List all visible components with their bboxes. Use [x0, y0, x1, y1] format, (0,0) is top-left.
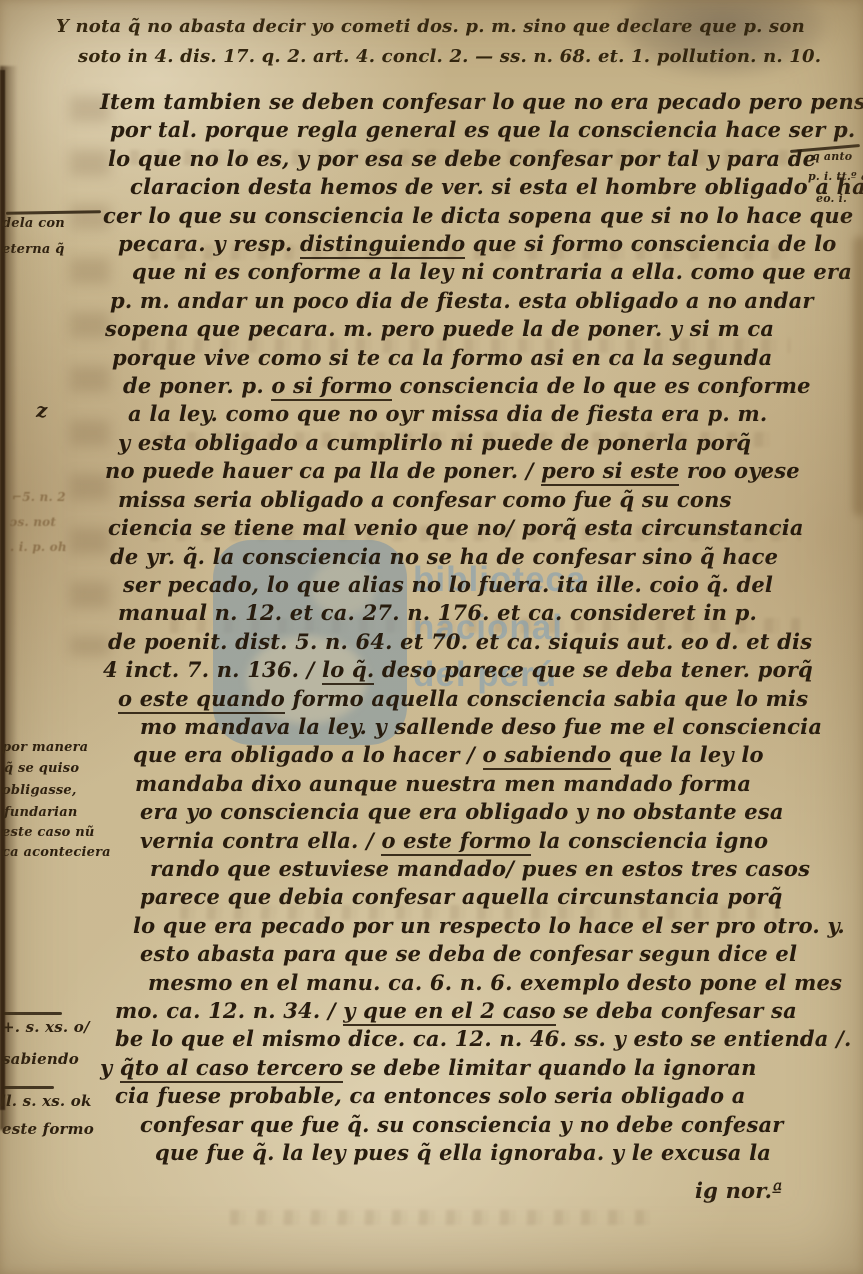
- top-annotation-line: Y nota q̃ no abasta decir yo cometi dos.…: [56, 12, 821, 42]
- text-segment: porque vive como si te ca la formo asi e…: [112, 345, 772, 370]
- manuscript-line: Item tambien se deben confesar lo que no…: [100, 88, 860, 116]
- text-segment: no puede hauer ca pa lla de poner. /: [105, 458, 541, 483]
- text-segment: ser pecado, lo que alias no lo fuera. it…: [123, 572, 773, 597]
- margin-note: este caso nũ: [2, 825, 95, 840]
- text-segment: o sabiendo: [483, 742, 612, 770]
- text-segment: de poner. p.: [123, 373, 271, 398]
- manuscript-line: 4 inct. 7. n. 136. / lo q̃. deso parece …: [100, 656, 860, 684]
- text-segment: lo que no lo es, y por esa se debe confe…: [108, 146, 816, 171]
- manuscript-line: que era obligado a lo hacer / o sabiendo…: [100, 741, 860, 769]
- margin-note: obligasse,: [2, 783, 77, 798]
- text-segment: la consciencia igno: [531, 828, 768, 853]
- manuscript-page: biblioteca nacional del perú Y nota q̃ n…: [0, 0, 863, 1274]
- manuscript-line: lo que era pecado por un respecto lo hac…: [100, 912, 860, 940]
- text-segment: cia fuese probable, ca entonces solo ser…: [115, 1083, 746, 1108]
- margin-note: ca aconteciera: [2, 845, 111, 860]
- margin-note: p. i. tt.º q: [808, 170, 863, 183]
- manuscript-line: por tal. porque regla general es que la …: [100, 116, 860, 144]
- manuscript-line: claracion desta hemos de ver. si esta el…: [100, 173, 860, 201]
- text-segment: esto abasta para que se deba de confesar…: [140, 941, 797, 966]
- margin-note: q anto: [812, 150, 852, 163]
- manuscript-line: mandaba dixo aunque nuestra men mandado …: [100, 770, 860, 798]
- manuscript-line: porque vive como si te ca la formo asi e…: [100, 344, 860, 372]
- manuscript-line: que ni es conforme a la ley ni contraria…: [100, 258, 860, 286]
- text-segment: parece que debia confesar aquella circun…: [140, 884, 783, 909]
- text-segment: de yr. q̃. la consciencia no se ha de co…: [110, 544, 778, 569]
- text-segment: formo aquella consciencia sabia que lo m…: [285, 686, 808, 711]
- text-segment: roo oyese: [679, 458, 799, 483]
- ink-rule: [4, 1086, 54, 1089]
- text-segment: por tal. porque regla general es que la …: [110, 117, 855, 142]
- text-segment: o este quando: [118, 686, 285, 714]
- manuscript-line: de poenit. dist. 5. n. 64. et 70. et ca.…: [100, 628, 860, 656]
- margin-note: eterna q̃: [2, 242, 65, 257]
- text-segment: missa seria obligado a confesar como fue…: [118, 487, 732, 512]
- margin-note: . i. p. oh: [10, 540, 67, 554]
- text-segment: mandaba dixo aunque nuestra men mandado …: [135, 771, 751, 796]
- showthrough-band: [230, 1210, 650, 1225]
- text-segment: distinguiendo: [300, 231, 465, 259]
- text-segment: p. m. andar un poco dia de fiesta. esta …: [110, 288, 814, 313]
- margin-note: ll. s. xs. ok: [0, 1092, 92, 1110]
- text-segment: pero si este: [541, 458, 679, 486]
- manuscript-line: y esta obligado a cumplirlo ni puede de …: [100, 429, 860, 457]
- manuscript-line: missa seria obligado a confesar como fue…: [100, 486, 860, 514]
- margin-note: fundarian: [4, 805, 77, 820]
- text-segment: se debe limitar quando la ignoran: [343, 1055, 756, 1080]
- manuscript-line: p. m. andar un poco dia de fiesta. esta …: [100, 287, 860, 315]
- top-annotation: Y nota q̃ no abasta decir yo cometi dos.…: [56, 12, 821, 72]
- text-segment: rando que estuviese mandado/ pues en est…: [150, 856, 810, 881]
- margin-note: z: [36, 398, 48, 422]
- text-segment: deso parece que se deba tener. porq̃: [374, 657, 813, 682]
- text-segment: lo q̃.: [322, 657, 374, 685]
- margin-note: q̃ se quiso: [4, 761, 79, 776]
- text-segment: y esta obligado a cumplirlo ni puede de …: [118, 430, 751, 455]
- manuscript-line: mesmo en el manu. ca. 6. n. 6. exemplo d…: [100, 969, 860, 997]
- margin-note: este formo: [2, 1120, 94, 1138]
- manuscript-line: sopena que pecara. m. pero puede la de p…: [100, 315, 860, 343]
- text-segment: q̃to al caso tercero: [120, 1055, 343, 1083]
- manuscript-line: confesar que fue q̃. su consciencia y no…: [100, 1111, 860, 1139]
- top-annotation-line: soto in 4. dis. 17. q. 2. art. 4. concl.…: [56, 42, 821, 72]
- manuscript-line: a la ley. como que no oyr missa dia de f…: [100, 400, 860, 428]
- manuscript-line: esto abasta para que se deba de confesar…: [100, 940, 860, 968]
- text-segment: consciencia de lo que es conforme: [392, 373, 811, 398]
- text-segment: y: [100, 1055, 120, 1080]
- text-segment: que la ley lo: [611, 742, 763, 767]
- manuscript-line: que fue q̃. la ley pues q̃ ella ignoraba…: [100, 1139, 860, 1167]
- text-segment: confesar que fue q̃. su consciencia y no…: [140, 1112, 784, 1137]
- manuscript-line: mo. ca. 12. n. 34. / y que en el 2 caso …: [100, 997, 860, 1025]
- text-segment: be lo que el mismo dice. ca. 12. n. 46. …: [115, 1026, 852, 1051]
- margin-note: ig nor.ª: [695, 1178, 783, 1203]
- text-segment: o este formo: [381, 828, 531, 856]
- ink-rule: [4, 1012, 62, 1015]
- text-segment: que ni es conforme a la ley ni contraria…: [132, 259, 852, 284]
- manuscript-line: manual n. 12. et ca. 27. n. 176. et ca. …: [100, 599, 860, 627]
- text-segment: manual n. 12. et ca. 27. n. 176. et ca. …: [118, 600, 757, 625]
- manuscript-line: pecara. y resp. distinguiendo que si for…: [100, 230, 860, 258]
- manuscript-line: rando que estuviese mandado/ pues en est…: [100, 855, 860, 883]
- text-segment: de poenit. dist. 5. n. 64. et 70. et ca.…: [108, 629, 812, 654]
- text-segment: y que en el 2 caso: [343, 998, 555, 1026]
- text-segment: era yo consciencia que era obligado y no…: [140, 799, 784, 824]
- text-segment: sopena que pecara. m. pero puede la de p…: [105, 316, 774, 341]
- manuscript-line: de poner. p. o si formo consciencia de l…: [100, 372, 860, 400]
- margin-note: ɔs. not: [10, 515, 56, 529]
- text-segment: 4 inct. 7. n. 136. /: [103, 657, 322, 682]
- margin-note: por manera: [2, 740, 88, 755]
- manuscript-line: cer lo que su consciencia le dicta sopen…: [100, 202, 860, 230]
- text-segment: que fue q̃. la ley pues q̃ ella ignoraba…: [155, 1140, 771, 1165]
- manuscript-line: mo mandava la ley. y sallende deso fue m…: [100, 713, 860, 741]
- text-segment: pecara. y resp.: [118, 231, 300, 256]
- text-segment: ciencia se tiene mal venio que no/ porq̃…: [108, 515, 804, 540]
- manuscript-line: lo que no lo es, y por esa se debe confe…: [100, 145, 860, 173]
- text-segment: claracion desta hemos de ver. si esta el…: [130, 174, 863, 199]
- text-segment: mo. ca. 12. n. 34. /: [115, 998, 343, 1023]
- text-segment: cer lo que su consciencia le dicta sopen…: [103, 203, 853, 228]
- manuscript-line: cia fuese probable, ca entonces solo ser…: [100, 1082, 860, 1110]
- text-segment: se deba confesar sa: [556, 998, 797, 1023]
- text-segment: que si formo consciencia de lo: [465, 231, 836, 256]
- manuscript-line: de yr. q̃. la consciencia no se ha de co…: [100, 543, 860, 571]
- margin-note: dela con: [2, 216, 65, 231]
- manuscript-line: vernia contra ella. / o este formo la co…: [100, 827, 860, 855]
- text-segment: a la ley. como que no oyr missa dia de f…: [128, 401, 767, 426]
- manuscript-line: parece que debia confesar aquella circun…: [100, 883, 860, 911]
- margin-note: eo. i.: [816, 192, 847, 205]
- manuscript-line: be lo que el mismo dice. ca. 12. n. 46. …: [100, 1025, 860, 1053]
- margin-note: ⌐5. n. 2: [12, 490, 66, 504]
- text-segment: o si formo: [271, 373, 392, 401]
- manuscript-line: era yo consciencia que era obligado y no…: [100, 798, 860, 826]
- text-segment: mesmo en el manu. ca. 6. n. 6. exemplo d…: [148, 970, 842, 995]
- manuscript-line: no puede hauer ca pa lla de poner. / per…: [100, 457, 860, 485]
- margin-note: sabiendo: [2, 1050, 79, 1068]
- text-segment: Item tambien se deben confesar lo que no…: [100, 89, 863, 114]
- text-segment: que era obligado a lo hacer /: [133, 742, 483, 767]
- manuscript-line: y q̃to al caso tercero se debe limitar q…: [100, 1054, 860, 1082]
- manuscript-line: ciencia se tiene mal venio que no/ porq̃…: [100, 514, 860, 542]
- text-segment: vernia contra ella. /: [140, 828, 381, 853]
- margin-note: +. s. xs. o/: [2, 1018, 90, 1036]
- manuscript-line: ser pecado, lo que alias no lo fuera. it…: [100, 571, 860, 599]
- text-segment: lo que era pecado por un respecto lo hac…: [133, 913, 845, 938]
- manuscript-line: o este quando formo aquella consciencia …: [100, 685, 860, 713]
- main-text: Item tambien se deben confesar lo que no…: [100, 88, 860, 1167]
- text-segment: mo mandava la ley. y sallende deso fue m…: [140, 714, 822, 739]
